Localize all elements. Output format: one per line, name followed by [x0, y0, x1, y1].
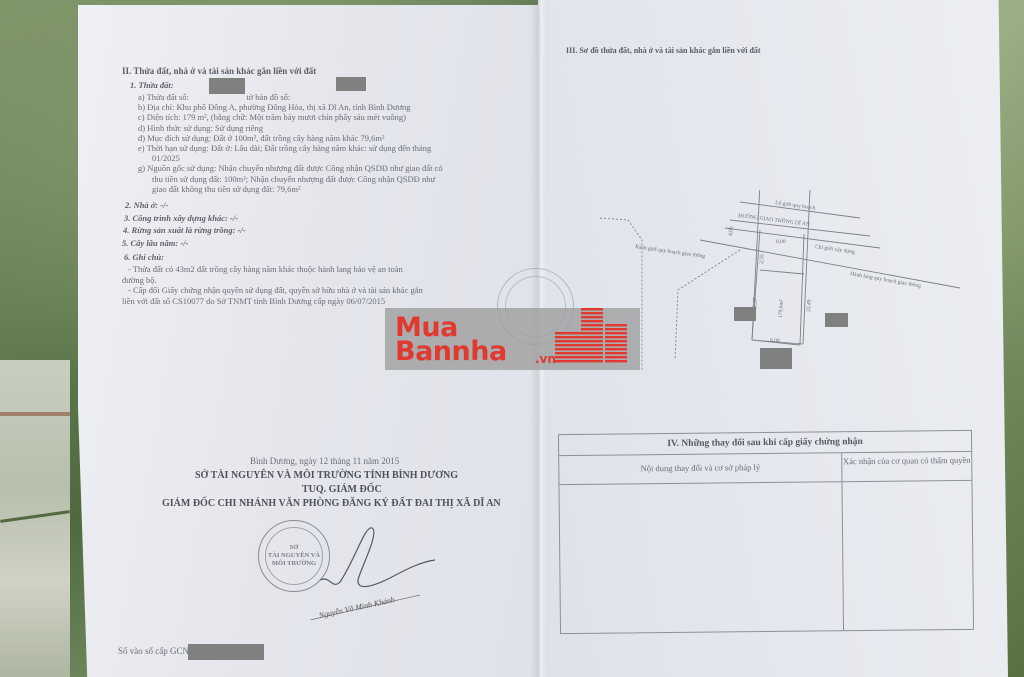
land-item: đ) Mục đích sử dụng: Đất ở 100m², đất tr…: [138, 133, 385, 144]
note-line: liền với đất số CS10077 do Sở TNMT tỉnh …: [122, 296, 385, 307]
land-item: giao đất không thu tiền sử dụng đất: 79,…: [152, 184, 301, 195]
diagram-width-bottom: 8,00: [770, 338, 780, 344]
section-ii-title: II. Thửa đất, nhà ở và tài sản khác gắn …: [122, 66, 316, 77]
note-line: đường bộ.: [122, 275, 157, 286]
diagram-width-top: 8,00: [776, 239, 786, 245]
changes-table: IV. Những thay đổi sau khi cấp giấy chứn…: [558, 430, 974, 634]
watermark-muabannha: Mua Bannha .vn: [385, 308, 640, 370]
watermark-text-bannha: Bannha: [395, 338, 507, 365]
note-line: - Thửa đất có 43m2 đất trồng cây hàng nă…: [128, 264, 403, 275]
redacted-neighbor-2: [825, 313, 848, 327]
redacted-map-number: [336, 77, 366, 91]
notes-heading: 6. Ghi chú:: [124, 252, 164, 263]
registry-label: Số vào sổ cấp GCN:: [118, 646, 192, 657]
redacted-registry-number: [188, 644, 264, 660]
land-item: thu tiền sử dụng đất: 100m²; Nhận chuyển…: [152, 174, 435, 185]
land-item-label: c) Diện tích:: [138, 112, 183, 122]
other-item: 2. Nhà ở: -/-: [125, 200, 168, 211]
watermark-text-vn: .vn: [535, 352, 556, 366]
land-item-value: Đất ở 100m², đất trồng cây hàng năm khác…: [213, 133, 384, 143]
land-item-label: g) Nguồn gốc sử dụng:: [138, 163, 218, 173]
authority-line-3: GIÁM ĐỐC CHI NHÁNH VĂN PHÒNG ĐĂNG KÝ ĐẤT…: [162, 498, 501, 509]
changes-table-body: [559, 481, 973, 633]
land-item-value: Đất ở: Lâu dài; Đất trồng cây hàng năm k…: [211, 143, 431, 153]
land-item-value: Nhận chuyển nhượng đất được Công nhận QS…: [218, 163, 442, 173]
land-item-label: d) Hình thức sử dụng:: [138, 123, 215, 133]
land-item-value: 01/2025: [152, 153, 180, 163]
land-item-label: e) Thời hạn sử dụng:: [138, 143, 211, 153]
other-item: 3. Công trình xây dựng khác: -/-: [124, 213, 238, 224]
land-item-label: a) Thửa đất số:: [138, 92, 191, 102]
redacted-neighbor-1: [734, 307, 756, 321]
land-item: d) Hình thức sử dụng: Sử dụng riêng: [138, 123, 263, 134]
land-item-label: b) Địa chỉ:: [138, 102, 176, 112]
land-heading: 1. Thửa đất:: [130, 80, 174, 91]
changes-table-header: Nội dung thay đổi và cơ sở pháp lý Xác n…: [559, 452, 971, 485]
section-iii-title: III. Sơ đồ thửa đất, nhà ở và tài sản kh…: [566, 46, 761, 57]
note-line: - Cấp đổi Giấy chứng nhận quyền sử dụng …: [128, 285, 423, 296]
other-item: 5. Cây lâu năm: -/-: [122, 238, 188, 249]
header-change-content: Nội dung thay đổi và cơ sở pháp lý: [559, 453, 842, 484]
land-item: b) Địa chỉ: Khu phố Đông A, phường Đông …: [138, 102, 411, 113]
header-authority-confirmation: Xác nhận của cơ quan có thẩm quyền: [842, 452, 971, 481]
land-item: g) Nguồn gốc sử dụng: Nhận chuyển nhượng…: [138, 163, 443, 174]
land-item-value: thu tiền sử dụng đất: 100m²; Nhận chuyển…: [152, 174, 435, 184]
diagram-setback-2: 2,55: [759, 254, 766, 264]
issue-date: Bình Dương, ngày 12 tháng 11 năm 2015: [250, 456, 399, 467]
land-item: e) Thời hạn sử dụng: Đất ở: Lâu dài; Đất…: [138, 143, 431, 154]
land-item-label: đ) Mục đích sử dụng:: [138, 133, 213, 143]
diagram-setback-1: 4,05: [728, 226, 735, 236]
seal-text-1: SỞ: [290, 544, 299, 552]
other-item: 4. Rừng sản xuất là rừng trồng: -/-: [123, 225, 246, 236]
land-item-value: Sử dụng riêng: [215, 123, 263, 133]
background-stone: [0, 360, 70, 677]
authority-line-1: SỞ TÀI NGUYÊN VÀ MÔI TRƯỜNG TỈNH BÌNH DƯ…: [195, 470, 458, 481]
land-item: c) Diện tích: 179 m², (bằng chữ: Một tră…: [138, 112, 406, 123]
diagram-side-right: 22,49: [806, 299, 813, 312]
diagram-safety-line: Chỉ giới xây dựng: [815, 244, 856, 256]
buildings-icon: [555, 308, 635, 366]
land-item-value: giao đất không thu tiền sử dụng đất: 79,…: [152, 184, 301, 194]
diagram-planned-road: Ranh giới quy hoạch giao thông: [635, 244, 706, 260]
redacted-neighbor-3: [760, 348, 792, 369]
diagram-area: 179,6m²: [778, 299, 785, 318]
land-item-value: 179 m², (bằng chữ: Một trăm bảy mươi chí…: [183, 112, 406, 122]
change-content-cell: [559, 482, 844, 633]
redacted-parcel-number: [209, 78, 245, 94]
land-item: 01/2025: [152, 153, 180, 164]
authority-line-2: TUQ. GIÁM ĐỐC: [302, 484, 382, 495]
land-item-value: Khu phố Đông A, phường Đông Hòa, thị xã …: [176, 102, 410, 112]
